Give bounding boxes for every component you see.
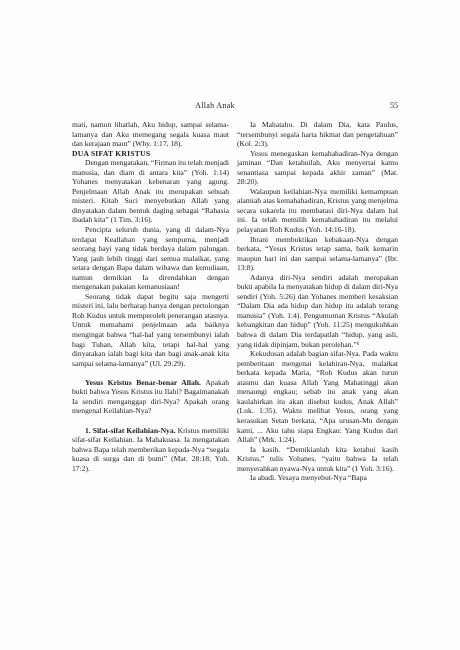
paragraph: Kekudusan adalah bagian sifat-Nya. Pada …	[237, 349, 398, 444]
page-header: Allah Anak 55	[72, 101, 398, 113]
paragraph: Yesus menegaskan kemahahadiran-Nya denga…	[237, 149, 398, 187]
paragraph: Ibrani membuktikan kebakaan-Nya dengan b…	[237, 235, 398, 273]
paragraph: Adanya diri-Nya sendiri adalah merupakan…	[237, 273, 398, 349]
page-title: Allah Anak	[72, 101, 358, 110]
paragraph-lead: Yesus Kristus Benar-benar Allah.	[85, 378, 205, 387]
paragraph: Ia Mahatahu. Di dalam Dia, kata Paulus, …	[237, 120, 398, 149]
book-page: Allah Anak 55 mati, namun lihatlah, Aku …	[0, 0, 460, 650]
page-number: 55	[390, 101, 398, 110]
paragraph: Yesus Kristus Benar-benar Allah. Apakah …	[72, 378, 229, 416]
paragraph: Pencipta seluruh dunia, yang di dalam-Ny…	[72, 225, 229, 292]
paragraph-continuation: mati, namun lihatlah, Aku hidup, sampai …	[72, 120, 229, 149]
paragraph-lead: 1. Sifat-sifat Keilahian-Nya.	[85, 426, 178, 435]
paragraph: Dengan mengatakan, “Firman itu telah men…	[72, 158, 229, 225]
paragraph: Ia kasih. “Demikianlah kita ketahui kasi…	[237, 445, 398, 474]
paragraph: Ia abadi. Yesaya menyebut-Nya “Bapa	[237, 473, 398, 483]
paragraph: Walaupun keilahian-Nya memiliki kemampua…	[237, 187, 398, 235]
left-column: mati, namun lihatlah, Aku hidup, sampai …	[72, 120, 229, 473]
paragraph: 1. Sifat-sifat Keilahian-Nya. Kristus me…	[72, 426, 229, 474]
paragraph: Seorang tidak dapat begitu saja mengerti…	[72, 292, 229, 368]
section-heading: DUA SIFAT KRISTUS	[72, 149, 229, 159]
right-column: Ia Mahatahu. Di dalam Dia, kata Paulus, …	[237, 120, 398, 483]
